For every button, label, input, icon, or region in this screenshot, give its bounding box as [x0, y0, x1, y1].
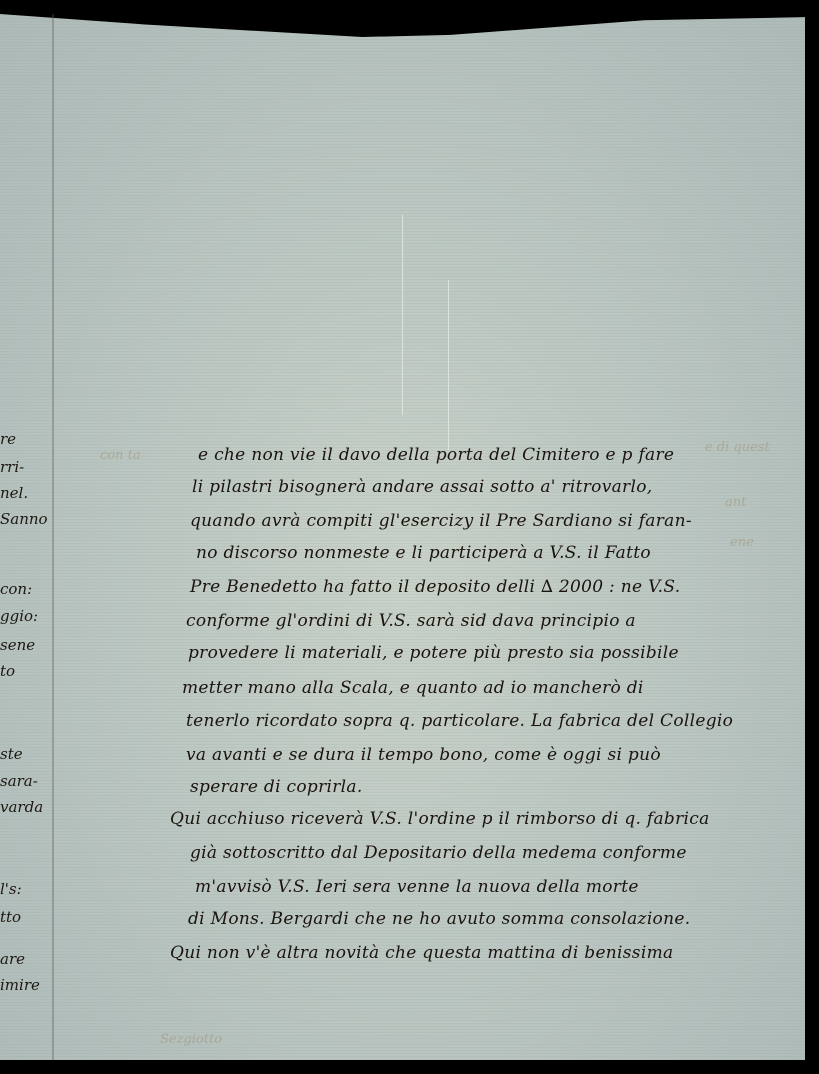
- fragment-line: sene: [0, 636, 35, 654]
- fragment-line: varda: [0, 798, 43, 816]
- letter-line: sperare di coprirla.: [190, 777, 363, 797]
- letter-line: provedere li materiali, e potere più pre…: [188, 643, 679, 663]
- letter-line: di Mons. Bergardi che ne ho avuto somma …: [188, 909, 690, 929]
- bleed-through-text: ant: [725, 495, 746, 510]
- letter-line: metter mano alla Scala, e quanto ad io m…: [182, 678, 644, 698]
- fragment-line: tto: [0, 908, 21, 926]
- fragment-line: nel.: [0, 484, 28, 502]
- fragment-line: l's:: [0, 880, 22, 898]
- letter-line: tenerlo ricordato sopra q. particolare. …: [186, 711, 733, 731]
- paper-crease: [402, 215, 403, 415]
- letter-line: e che non vie il davo della porta del Ci…: [198, 445, 674, 465]
- letter-line: li pilastri bisognerà andare assai sotto…: [192, 477, 652, 497]
- letter-line: va avanti e se dura il tempo bono, come …: [186, 745, 661, 765]
- fragment-line: con:: [0, 580, 32, 598]
- bleed-through-text: ene: [730, 535, 754, 550]
- fragment-line: rri-: [0, 458, 24, 476]
- letter-line: Qui acchiuso riceverà V.S. l'ordine p il…: [170, 809, 710, 829]
- letter-line: Pre Benedetto ha fatto il deposito delli…: [190, 577, 680, 597]
- letter-line: quando avrà compiti gl'esercizy il Pre S…: [190, 511, 692, 531]
- fragment-line: sara-: [0, 772, 38, 790]
- fragment-line: ggio:: [0, 607, 38, 625]
- fragment-line: imire: [0, 976, 40, 994]
- bleed-through-text: Sezgiotto: [160, 1032, 222, 1047]
- fragment-line: Sanno: [0, 510, 48, 528]
- letter-line: già sottoscritto dal Depositario della m…: [190, 843, 687, 863]
- letter-line: conforme gl'ordini di V.S. sarà sid dava…: [186, 611, 636, 631]
- fragment-line: ste: [0, 745, 23, 763]
- manuscript-sheet: [0, 14, 805, 1060]
- fragment-line: are: [0, 950, 25, 968]
- letter-line: Qui non v'è altra novità che questa matt…: [170, 943, 673, 963]
- page-fold-line: [52, 14, 54, 1060]
- fragment-line: to: [0, 662, 15, 680]
- paper-crease: [448, 280, 449, 450]
- letter-line: m'avvisò V.S. Ieri sera venne la nuova d…: [195, 877, 639, 897]
- fragment-line: re: [0, 430, 16, 448]
- letter-line: no discorso nonmeste e li participerà a …: [196, 543, 651, 563]
- bleed-through-text: e di quest: [705, 440, 770, 455]
- bleed-through-text: con ta: [100, 448, 141, 463]
